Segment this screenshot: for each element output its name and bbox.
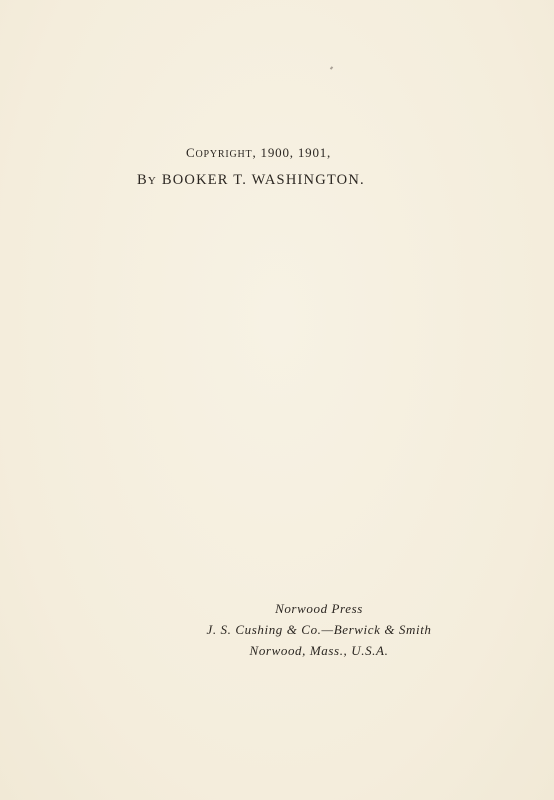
copyright-notice: COPYRIGHT, 1900, 1901, — [186, 145, 331, 161]
imprint-location: Norwood, Mass., U.S.A. — [42, 640, 554, 661]
imprint-press-name: Norwood Press — [42, 598, 554, 619]
printer-imprint: Norwood Press J. S. Cushing & Co.—Berwic… — [0, 598, 554, 661]
by-rest: Y — [148, 175, 157, 187]
paper-speck — [330, 66, 333, 70]
copyright-years: , 1900, 1901, — [252, 145, 331, 160]
by-initial: B — [137, 172, 148, 188]
imprint-printers: J. S. Cushing & Co.—Berwick & Smith — [42, 619, 554, 640]
book-page: COPYRIGHT, 1900, 1901, BY BOOKER T. WASH… — [0, 0, 554, 800]
author-name: BOOKER T. WASHINGTON. — [157, 172, 365, 188]
copyright-word: OPYRIGHT — [195, 149, 252, 160]
author-credit: BY BOOKER T. WASHINGTON. — [137, 172, 365, 189]
